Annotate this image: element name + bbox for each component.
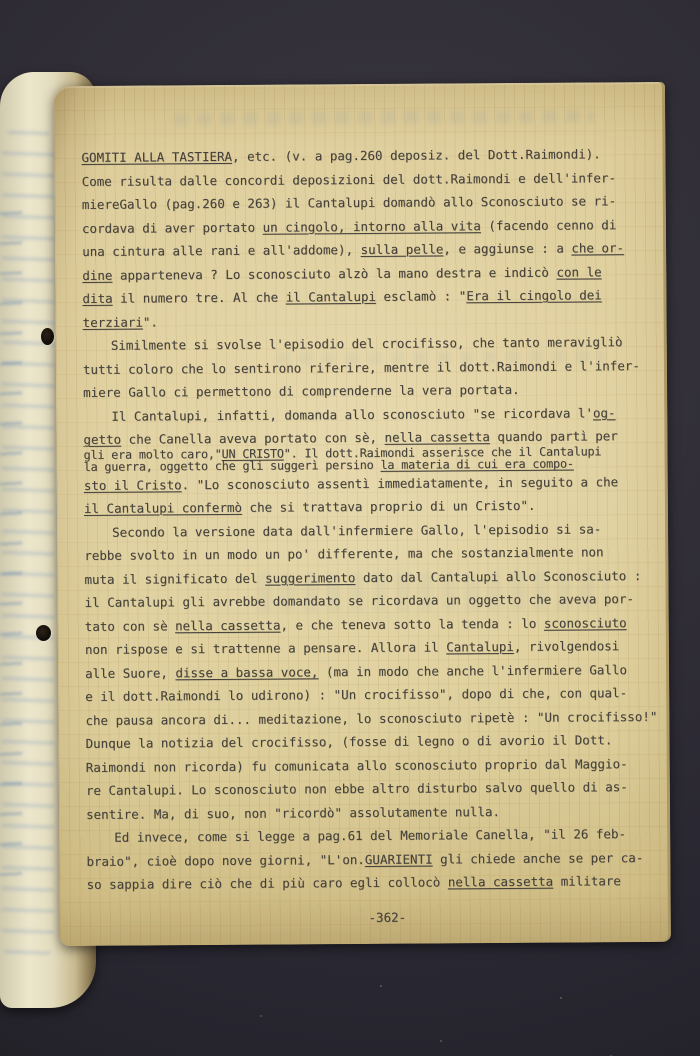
- ghost-bleed-text: [174, 110, 594, 125]
- text-segment: , rivolgendosi: [514, 638, 619, 654]
- text-segment: non rispose e si trattenne a pensare. Al…: [85, 639, 446, 657]
- text-line: il Cantalupi gli avrebbe domandato se ri…: [85, 587, 665, 615]
- text-line: so sappia dire ciò che di più caro egli …: [86, 869, 666, 897]
- underlined-text: con le: [556, 264, 601, 279]
- paragraph: Ed invece, come si legge a pag.61 del Me…: [86, 822, 666, 897]
- page-number: -362-: [60, 908, 671, 927]
- text-segment: , e che teneva sotto la tenda : lo: [280, 615, 544, 632]
- underlined-text: dine: [82, 267, 112, 282]
- text-segment: cordava di aver portato: [82, 219, 263, 235]
- text-segment: esclamò : ": [376, 288, 466, 304]
- text-segment: che pausa ancora di... meditazione, lo s…: [85, 708, 657, 727]
- text-segment: alle Suore,: [85, 665, 175, 681]
- text-segment: (facendo cenno di: [481, 217, 617, 233]
- underlined-text: la materia di cui era compo-: [380, 457, 573, 472]
- paragraph: Secondo la versione data dall'infermiere…: [84, 516, 666, 826]
- text-line: una cintura alle rani e all'addome), sul…: [82, 236, 662, 264]
- underlined-text: il Cantalupi: [286, 289, 376, 305]
- text-segment: che si trattava proprio di un Cristo".: [242, 498, 536, 515]
- text-segment: braio", cioè dopo nove giorni, "L'on.: [86, 851, 365, 868]
- text-segment: che Canella aveva portato con sè,: [121, 430, 385, 447]
- text-line: dita il numero tre. Al che il Cantalupi …: [82, 283, 662, 311]
- dust-specks: [380, 985, 382, 987]
- underlined-text: disse a bassa voce,: [175, 664, 318, 680]
- text-segment: tato con sè: [85, 618, 175, 634]
- text-segment: dato dal Cantalupi allo Sconosciuto :: [355, 568, 641, 585]
- text-segment: , etc. (v. a pag.260 deposiz. del Dott.R…: [232, 146, 601, 164]
- text-segment: . "Lo sconosciuto assentì immediatamente…: [182, 474, 619, 492]
- text-line: sto il Cristo. "Lo sconosciuto assentì i…: [84, 469, 664, 497]
- underlined-text: GUARIENTI: [365, 851, 433, 866]
- text-segment: una cintura alle rani e all'addome),: [82, 242, 361, 259]
- underlined-text: nella cassetta: [384, 429, 489, 445]
- text-segment: quando partì per: [490, 428, 618, 444]
- text-segment: Similmente si svolse l'episodio del croc…: [111, 334, 623, 353]
- underlined-text: Cantalupi: [446, 639, 514, 654]
- text-line: Dunque la notizia del crocifisso, (fosse…: [86, 728, 666, 756]
- text-line: tutti coloro che lo sentirono riferire, …: [83, 353, 663, 381]
- underlined-text: GOMITI ALLA TASTIERA: [81, 149, 232, 165]
- text-segment: (ma in modo che anche l'infermiere Gallo: [318, 662, 627, 679]
- underlined-text: che or-: [571, 240, 624, 255]
- underlined-text: sulla pelle: [361, 241, 444, 257]
- underlined-text: nella cassetta: [448, 874, 553, 890]
- typewritten-text: GOMITI ALLA TASTIERA, etc. (v. a pag.260…: [81, 142, 666, 897]
- text-line: re Cantalupi. Lo sconosciuto non ebbe al…: [86, 775, 666, 803]
- text-segment: miere Gallo ci permettono di comprendern…: [83, 382, 520, 400]
- text-segment: , e aggiunse : a: [443, 241, 571, 257]
- text-segment: Il Cantalupi, infatti, domanda allo scon…: [111, 405, 593, 423]
- binding-hole-bottom: [36, 625, 51, 641]
- text-line: Ed invece, come si legge a pag.61 del Me…: [86, 822, 666, 850]
- text-segment: il Cantalupi gli avrebbe domandato se ri…: [85, 591, 634, 610]
- text-line: rebbe svolto in un modo un po' different…: [84, 540, 664, 568]
- text-segment: militare: [553, 873, 621, 888]
- text-segment: Ed invece, come si legge a pag.61 del Me…: [114, 826, 626, 845]
- underlined-text: og-: [593, 405, 616, 420]
- text-segment: gli chiede anche se per ca-: [433, 850, 644, 866]
- text-line: miereGallo (pag.260 e 263) il Cantalupi …: [82, 189, 662, 217]
- underlined-text: suggerimento: [265, 570, 355, 586]
- underlined-text: getto: [83, 432, 121, 447]
- text-segment: apparteneva ? Lo sconosciuto alzò la man…: [112, 264, 556, 282]
- underlined-text: Era il cingolo dei: [466, 287, 602, 303]
- text-segment: tutti coloro che lo sentirono riferire, …: [83, 358, 640, 377]
- paragraph: Il Cantalupi, infatti, domanda allo scon…: [83, 400, 664, 520]
- paragraph: Similmente si svolse l'episodio del croc…: [83, 330, 663, 405]
- underlined-text: terziari: [83, 314, 143, 329]
- paragraph: GOMITI ALLA TASTIERA, etc. (v. a pag.260…: [81, 142, 662, 334]
- document-page: GOMITI ALLA TASTIERA, etc. (v. a pag.260…: [54, 82, 671, 946]
- text-line: non rispose e si trattenne a pensare. Al…: [85, 634, 665, 662]
- binding-hole-top: [41, 328, 54, 345]
- underlined-text: sconosciuto: [544, 615, 627, 631]
- text-segment: il numero tre. Al che: [113, 290, 286, 306]
- text-segment: Dunque la notizia del crocifisso, (fosse…: [86, 732, 613, 751]
- text-segment: Raimondi non ricorda) fu comunicata allo…: [86, 756, 628, 775]
- text-segment: rebbe svolto in un modo un po' different…: [84, 544, 603, 563]
- text-segment: so sappia dire ciò che di più caro egli …: [87, 874, 448, 892]
- text-segment: e il dott.Raimondi lo udirono) : "Un cro…: [85, 685, 627, 704]
- underlined-text: sto il Cristo: [84, 477, 182, 493]
- text-line: e il dott.Raimondi lo udirono) : "Un cro…: [85, 681, 665, 709]
- underlined-text: nella cassetta: [175, 617, 280, 633]
- underlined-text: dita: [82, 291, 112, 306]
- underlined-text: un cingolo, intorno alla vita: [263, 218, 481, 235]
- underlined-text: il Cantalupi confermò: [84, 500, 242, 516]
- text-line: Similmente si svolse l'episodio del croc…: [83, 330, 663, 358]
- bleed-through-handwriting: [0, 192, 22, 888]
- text-line: GOMITI ALLA TASTIERA, etc. (v. a pag.260…: [81, 142, 661, 170]
- text-segment: Secondo la versione data dall'infermiere…: [112, 521, 601, 539]
- text-segment: Come risulta dalle concordi deposizioni …: [82, 170, 616, 189]
- text-segment: sentire. Ma, di suo, non "ricordò" assol…: [86, 804, 500, 822]
- text-segment: muta il significato del: [84, 570, 265, 586]
- text-segment: ".: [143, 314, 158, 329]
- text-segment: miereGallo (pag.260 e 263) il Cantalupi …: [82, 193, 616, 212]
- text-segment: re Cantalupi. Lo sconosciuto non ebbe al…: [86, 779, 628, 798]
